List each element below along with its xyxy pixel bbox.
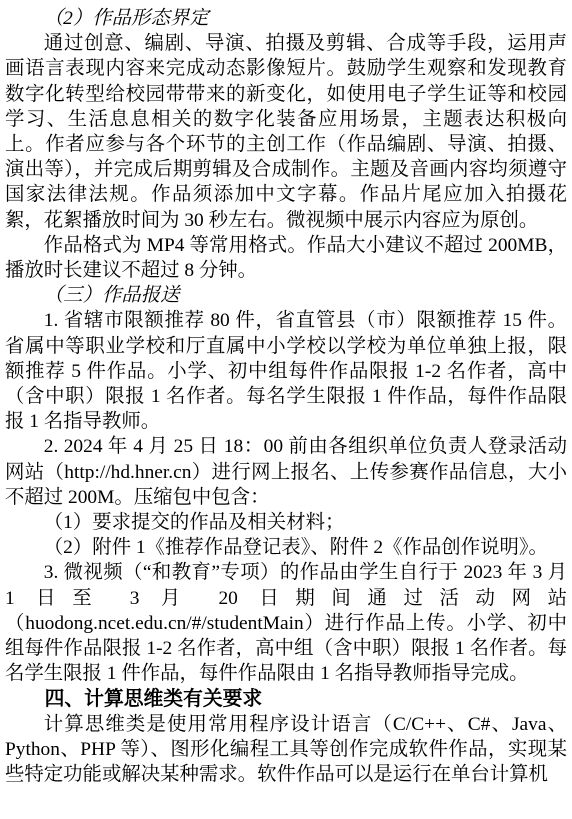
heading-work-submission: （三）作品报送 [5, 283, 567, 308]
list-item-required-materials: （1）要求提交的作品及相关材料； [5, 510, 567, 535]
paragraph-work-form-description: 通过创意、编剧、导演、拍摄及剪辑、合成等手段，运用声画语言表现内容来完成动态影像… [5, 31, 567, 233]
paragraph-micro-video-upload: 3. 微视频（“和教育”专项）的作品由学生自行于 2023 年 3 月 1 日至… [5, 560, 567, 686]
paragraph-submission-deadline-website: 2. 2024 年 4 月 25 日 18：00 前由各组织单位负责人登录活动网… [5, 434, 567, 510]
list-item-attachments: （2）附件 1《推荐作品登记表》、附件 2《作品创作说明》。 [5, 535, 567, 560]
paragraph-submission-quota: 1. 省辖市限额推荐 80 件，省直管县（市）限额推荐 15 件。省属中等职业学… [5, 308, 567, 434]
paragraph-computational-thinking-description: 计算思维类是使用常用程序设计语言（C/C++、C#、Java、Python、PH… [5, 712, 567, 788]
heading-computational-thinking-requirements: 四、计算思维类有关要求 [5, 686, 567, 711]
paragraph-format-requirements: 作品格式为 MP4 等常用格式。作品大小建议不超过 200MB，播放时长建议不超… [5, 233, 567, 283]
heading-work-form-definition: （2）作品形态界定 [5, 6, 567, 31]
document-page: （2）作品形态界定 通过创意、编剧、导演、拍摄及剪辑、合成等手段，运用声画语言表… [0, 0, 572, 819]
